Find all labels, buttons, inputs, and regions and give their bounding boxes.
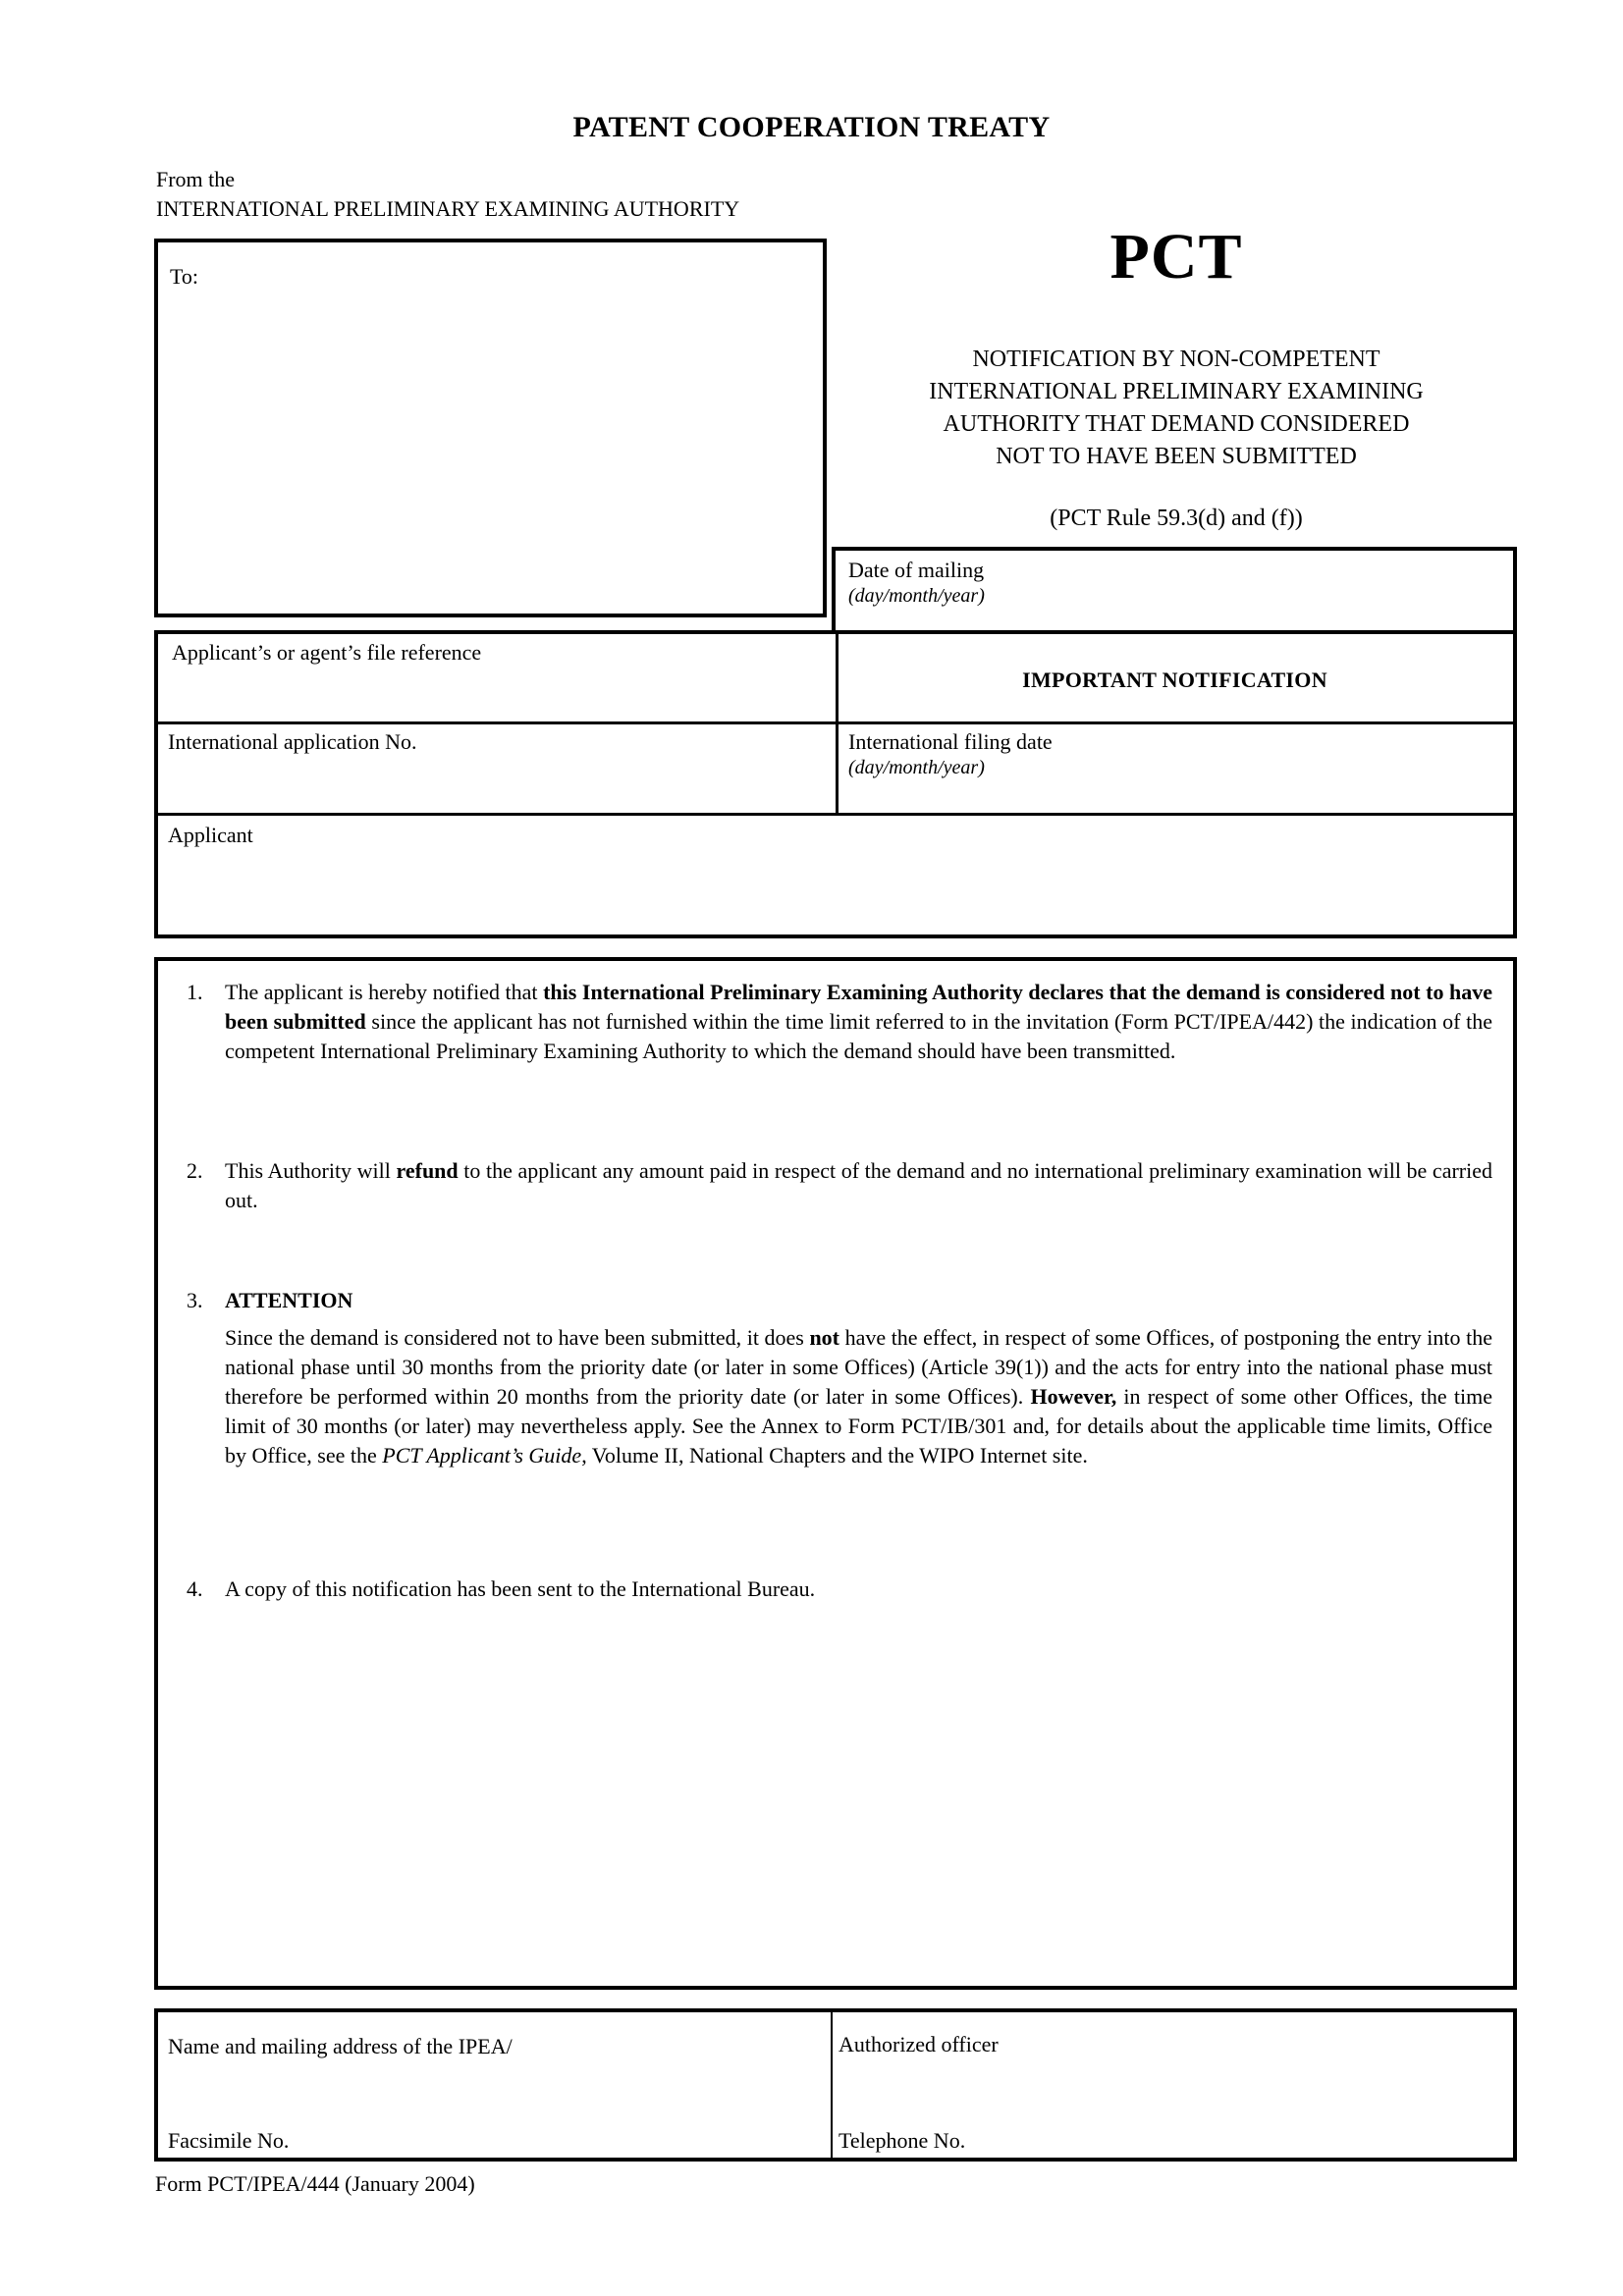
date-of-mailing-text: Date of mailing [848,558,984,582]
text-segment: since the applicant has not furnished wi… [225,1009,1492,1063]
item-text: Since the demand is considered not to ha… [225,1323,1492,1470]
text-segment: A copy of this notification has been sen… [225,1576,815,1601]
notification-body [154,957,1517,1990]
signature-block: Name and mailing address of the IPEA/ Fa… [154,2008,1517,2162]
notification-item-2: 2. This Authority will refund to the app… [187,1156,1492,1215]
to-address-field[interactable]: To: [154,239,827,617]
facsimile-label: Facsimile No. [168,2128,289,2154]
text-segment: , Volume II, National Chapters and the W… [581,1443,1088,1468]
ipea-address-field[interactable]: Name and mailing address of the IPEA/ Fa… [158,2012,831,2158]
pct-heading: PCT [834,220,1519,294]
important-notification-label: IMPORTANT NOTIFICATION [834,667,1516,693]
notification-item-1: 1. The applicant is hereby notified that… [187,978,1492,1066]
name-address-label: Name and mailing address of the IPEA/ [168,2034,513,2059]
text-segment: Since the demand is considered not to ha… [225,1325,809,1350]
notification-title: NOTIFICATION BY NON-COMPETENT INTERNATIO… [834,344,1519,473]
notification-item-3: 3. ATTENTION Since the demand is conside… [187,1286,1492,1470]
international-application-label: International application No. [168,729,417,755]
to-label: To: [170,264,198,290]
international-application-field[interactable]: International application No. [158,724,836,813]
date-format-hint: (day/month/year) [848,755,1053,780]
file-reference-field[interactable]: Applicant’s or agent’s file reference [158,634,836,721]
international-filing-date-label: International filing date (day/month/yea… [848,729,1053,780]
authorized-officer-label: Authorized officer [839,2032,999,2057]
text-segment: not [809,1325,839,1350]
item-number: 2. [187,1156,203,1186]
from-label: From the [156,165,739,194]
date-of-mailing-label: Date of mailing (day/month/year) [848,558,985,609]
applicant-label: Applicant [168,823,253,848]
notification-title-line: NOTIFICATION BY NON-COMPETENT [834,344,1519,376]
file-reference-label: Applicant’s or agent’s file reference [172,640,481,666]
text-segment: The applicant is hereby notified that [225,980,543,1004]
form-title: PATENT COOPERATION TREATY [0,111,1623,144]
item-number: 3. [187,1286,203,1315]
attention-heading: ATTENTION [225,1286,1492,1315]
item-number: 1. [187,978,203,1007]
date-format-hint: (day/month/year) [848,583,985,609]
from-block: From the INTERNATIONAL PRELIMINARY EXAMI… [156,165,739,224]
filing-date-text: International filing date [848,729,1053,754]
form-identifier: Form PCT/IPEA/444 (January 2004) [155,2171,475,2197]
item-text: A copy of this notification has been sen… [225,1575,1492,1604]
notification-item-4: 4. A copy of this notification has been … [187,1575,1492,1604]
date-of-mailing-field[interactable]: Date of mailing (day/month/year) [832,547,1517,634]
item-text: The applicant is hereby notified that th… [225,978,1492,1066]
text-segment: refund [396,1158,458,1183]
notification-title-line: NOT TO HAVE BEEN SUBMITTED [834,441,1519,473]
rule-reference: (PCT Rule 59.3(d) and (f)) [834,506,1519,532]
international-filing-date-field[interactable]: International filing date (day/month/yea… [839,724,1516,813]
text-segment: However, [1030,1384,1116,1409]
text-segment: This Authority will [225,1158,396,1183]
applicant-field[interactable]: Applicant [158,816,1513,934]
from-authority: INTERNATIONAL PRELIMINARY EXAMINING AUTH… [156,194,739,224]
telephone-label: Telephone No. [839,2128,965,2154]
item-number: 4. [187,1575,203,1604]
notification-title-line: AUTHORITY THAT DEMAND CONSIDERED [834,408,1519,441]
notification-title-line: INTERNATIONAL PRELIMINARY EXAMINING [834,376,1519,408]
text-segment: PCT Applicant’s Guide [382,1443,581,1468]
authorized-officer-field[interactable]: Authorized officer Telephone No. [833,2012,1515,2158]
item-text: This Authority will refund to the applic… [225,1156,1492,1215]
